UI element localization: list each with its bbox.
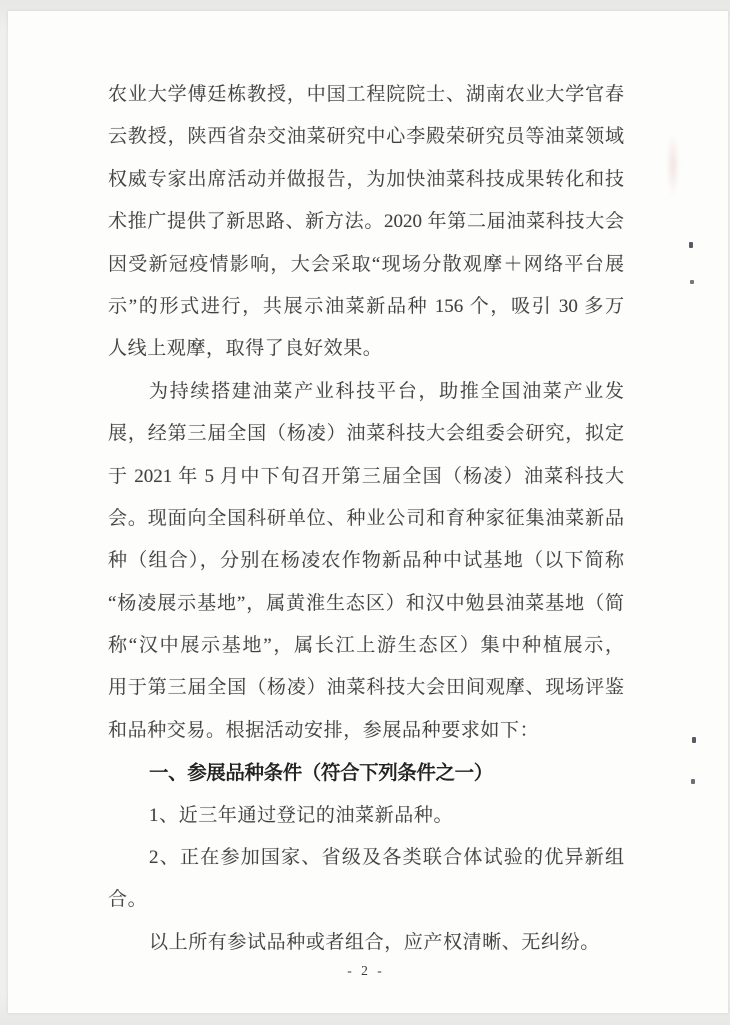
scan-smudge <box>666 133 680 197</box>
text-line: 和品种交易。根据活动安排，参展品种要求如下： <box>108 710 624 752</box>
text-line: 合。 <box>108 879 624 921</box>
ink-speck <box>691 779 695 784</box>
text-line: 展，经第三届全国（杨凌）油菜科技大会组委会研究，拟定 <box>108 413 624 455</box>
text-line: 示”的形式进行，共展示油菜新品种 156 个，吸引 30 多万 <box>108 286 624 328</box>
text-line: 权威专家出席活动并做报告，为加快油菜科技成果转化和技 <box>108 159 624 201</box>
text-line: 用于第三届全国（杨凌）油菜科技大会田间观摩、现场评鉴 <box>108 667 624 709</box>
document-body: 农业大学傅廷栋教授，中国工程院院士、湖南农业大学官春云教授，陕西省杂交油菜研究中… <box>108 74 624 964</box>
text-line: “杨凌展示基地”，属黄淮生态区）和汉中勉县油菜基地（简 <box>108 583 624 625</box>
ink-speck <box>690 280 694 284</box>
text-line: 人线上观摩，取得了良好效果。 <box>108 328 624 370</box>
scan-background: 农业大学傅廷栋教授，中国工程院院士、湖南农业大学官春云教授，陕西省杂交油菜研究中… <box>0 0 730 1025</box>
text-line: 于 2021 年 5 月中下旬召开第三届全国（杨凌）油菜科技大 <box>108 456 624 498</box>
text-line: 以上所有参试品种或者组合，应产权清晰、无纠纷。 <box>108 922 624 964</box>
ink-speck <box>692 737 696 743</box>
document-page: 农业大学傅廷栋教授，中国工程院院士、湖南农业大学官春云教授，陕西省杂交油菜研究中… <box>8 11 728 1013</box>
text-line: 1、近三年通过登记的油菜新品种。 <box>108 795 624 837</box>
text-line: 术推广提供了新思路、新方法。2020 年第二届油菜科技大会 <box>108 201 624 243</box>
page-number: - 2 - <box>108 963 624 979</box>
text-line: 农业大学傅廷栋教授，中国工程院院士、湖南农业大学官春 <box>108 74 624 116</box>
text-line: 为持续搭建油菜产业科技平台，助推全国油菜产业发 <box>108 371 624 413</box>
text-line: 因受新冠疫情影响，大会采取“现场分散观摩＋网络平台展 <box>108 244 624 286</box>
ink-speck <box>689 242 693 248</box>
text-line: 2、正在参加国家、省级及各类联合体试验的优异新组 <box>108 837 624 879</box>
text-line: 会。现面向全国科研单位、种业公司和育种家征集油菜新品 <box>108 498 624 540</box>
text-line: 称“汉中展示基地”，属长江上游生态区）集中种植展示， <box>108 625 624 667</box>
section-heading: 一、参展品种条件（符合下列条件之一） <box>108 752 624 794</box>
text-line: 种（组合），分别在杨凌农作物新品种中试基地（以下简称 <box>108 540 624 582</box>
text-line: 云教授，陕西省杂交油菜研究中心李殿荣研究员等油菜领域 <box>108 116 624 158</box>
